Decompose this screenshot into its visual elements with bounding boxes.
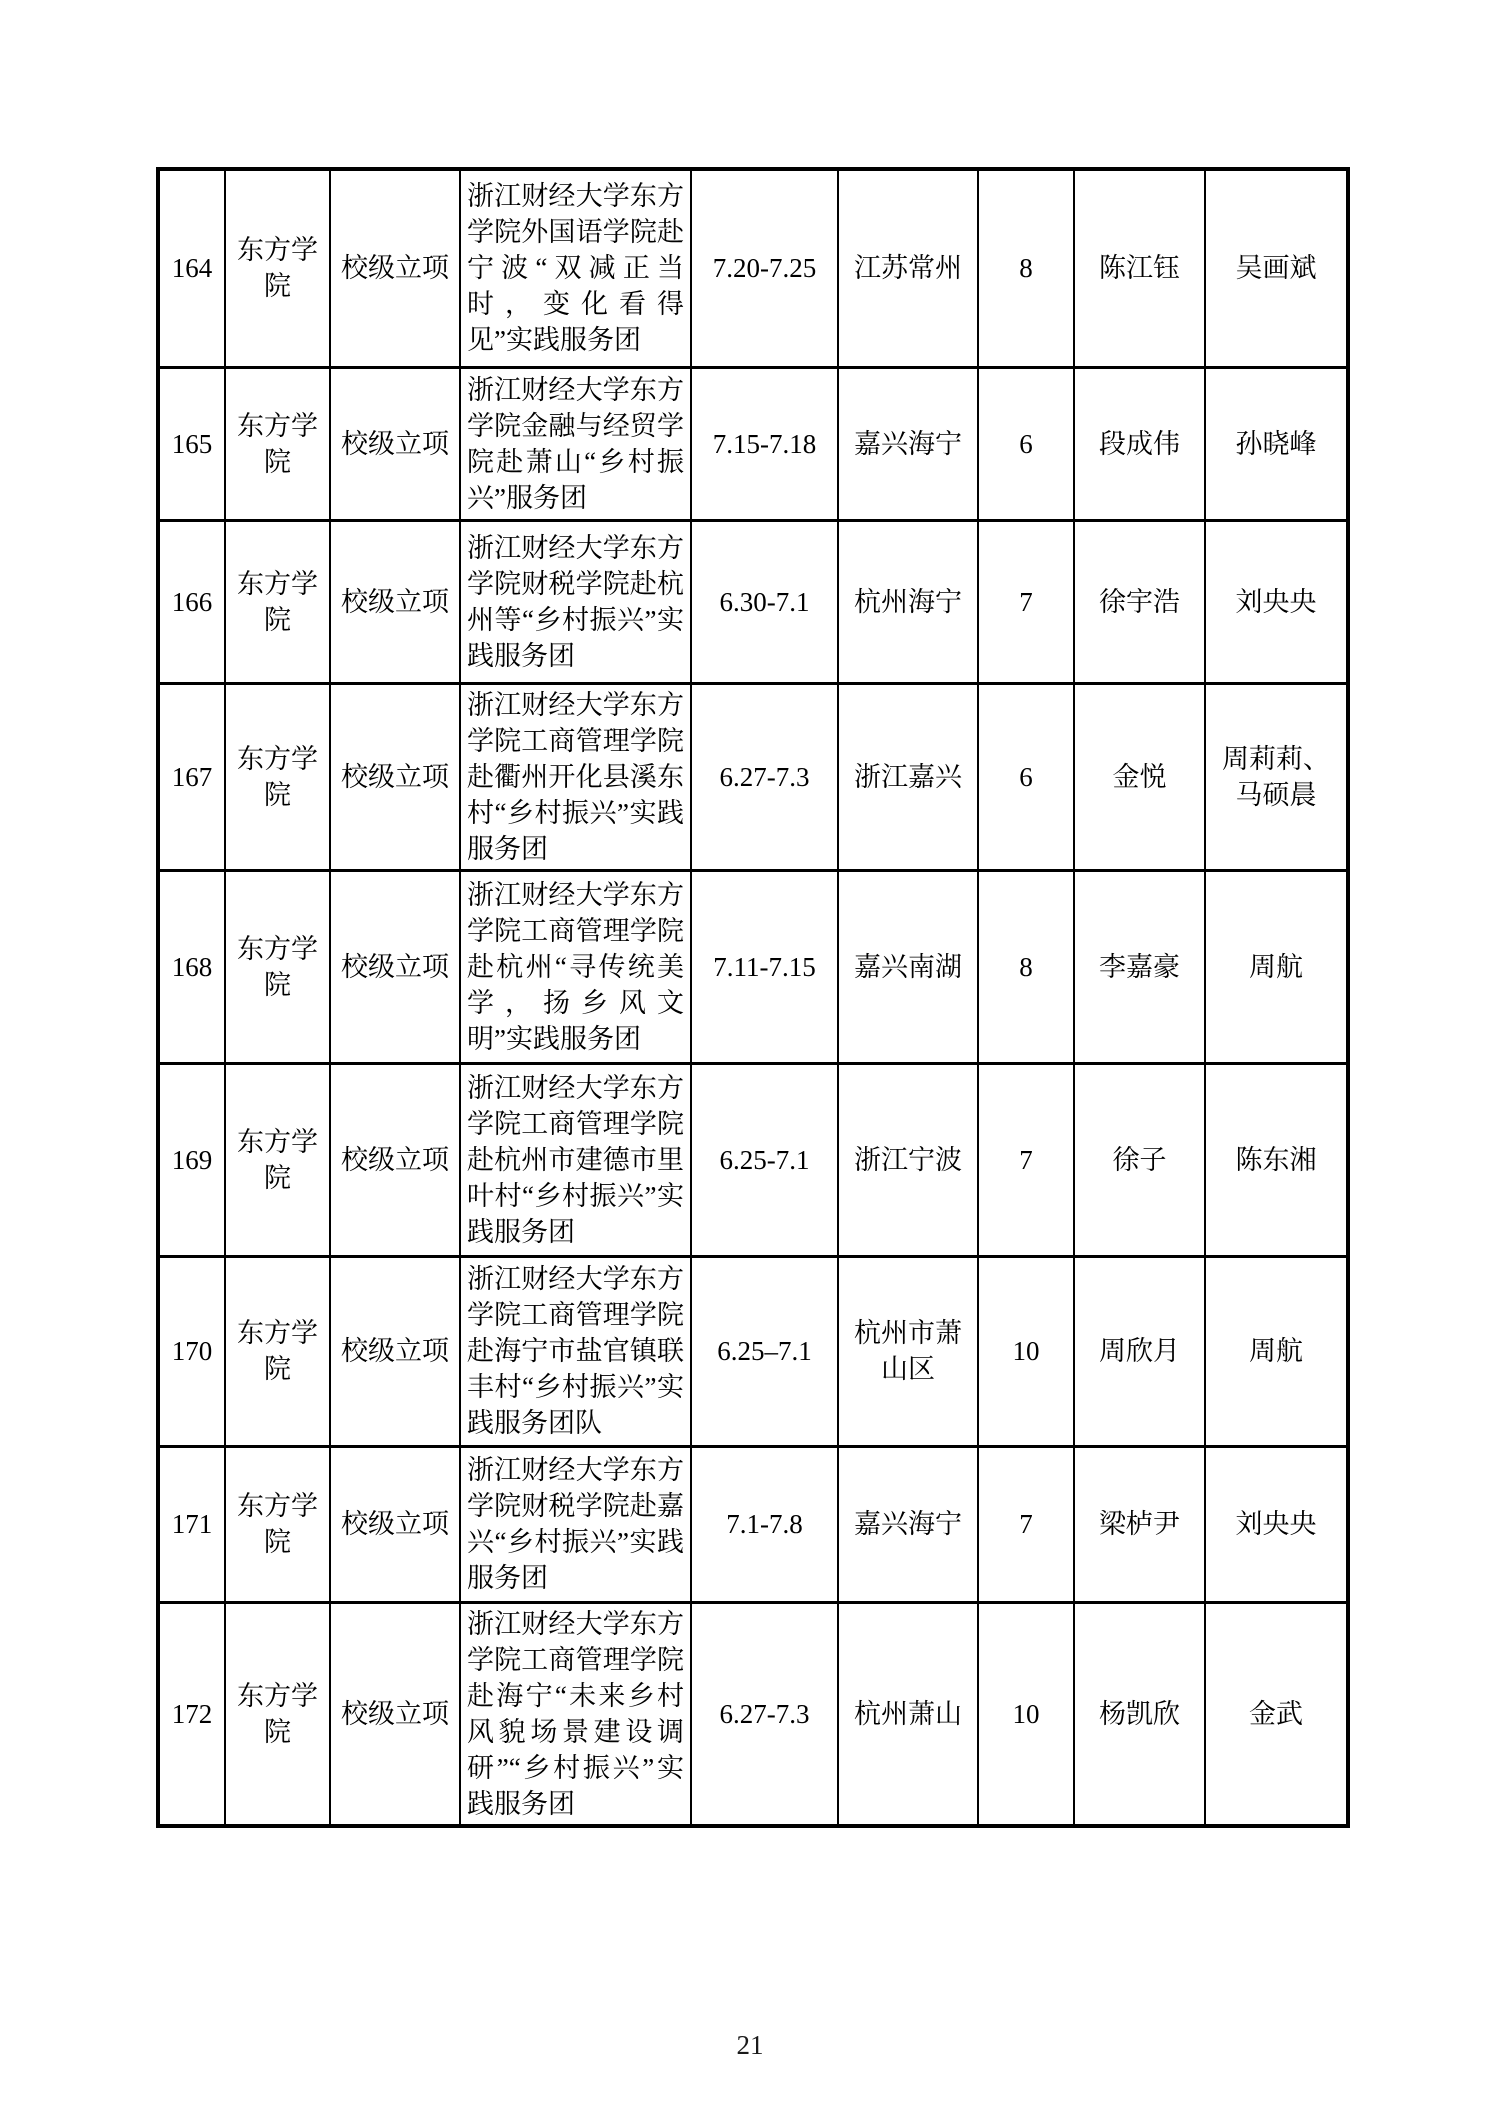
cell-team-name: 浙江财经大学东方学院财税学院赴杭州等“乡村振兴”实践服务团 xyxy=(460,520,691,683)
table-row: 171 东方学院 校级立项 浙江财经大学东方学院财税学院赴嘉兴“乡村振兴”实践服… xyxy=(158,1446,1348,1602)
cell-date-range: 7.11-7.15 xyxy=(691,870,838,1063)
cell-college: 东方学院 xyxy=(225,367,330,520)
cell-team-name: 浙江财经大学东方学院外国语学院赴宁波“双减正当时，变化看得见”实践服务团 xyxy=(460,169,691,367)
cell-advisor: 周航 xyxy=(1205,1256,1348,1446)
cell-location: 嘉兴南湖 xyxy=(838,870,978,1063)
cell-college: 东方学院 xyxy=(225,1602,330,1826)
cell-project-level: 校级立项 xyxy=(330,169,460,367)
table-row: 165 东方学院 校级立项 浙江财经大学东方学院金融与经贸学院赴萧山“乡村振兴”… xyxy=(158,367,1348,520)
table-row: 164 东方学院 校级立项 浙江财经大学东方学院外国语学院赴宁波“双减正当时，变… xyxy=(158,169,1348,367)
table-row: 168 东方学院 校级立项 浙江财经大学东方学院工商管理学院赴杭州“寻传统美学，… xyxy=(158,870,1348,1063)
cell-date-range: 6.27-7.3 xyxy=(691,1602,838,1826)
cell-advisor: 刘央央 xyxy=(1205,1446,1348,1602)
cell-project-level: 校级立项 xyxy=(330,1602,460,1826)
cell-advisor: 陈东湘 xyxy=(1205,1063,1348,1256)
cell-team-name: 浙江财经大学东方学院工商管理学院赴衢州开化县溪东村“乡村振兴”实践服务团 xyxy=(460,683,691,870)
cell-index: 171 xyxy=(158,1446,225,1602)
cell-team-name: 浙江财经大学东方学院财税学院赴嘉兴“乡村振兴”实践服务团 xyxy=(460,1446,691,1602)
cell-date-range: 7.15-7.18 xyxy=(691,367,838,520)
cell-team-leader: 徐宇浩 xyxy=(1074,520,1205,683)
cell-member-count: 8 xyxy=(978,870,1074,1063)
cell-team-leader: 徐子 xyxy=(1074,1063,1205,1256)
cell-member-count: 7 xyxy=(978,1446,1074,1602)
cell-team-leader: 金悦 xyxy=(1074,683,1205,870)
cell-advisor: 吴画斌 xyxy=(1205,169,1348,367)
cell-location: 江苏常州 xyxy=(838,169,978,367)
cell-advisor: 周莉莉、马硕晨 xyxy=(1205,683,1348,870)
table-row: 167 东方学院 校级立项 浙江财经大学东方学院工商管理学院赴衢州开化县溪东村“… xyxy=(158,683,1348,870)
cell-location: 杭州海宁 xyxy=(838,520,978,683)
cell-project-level: 校级立项 xyxy=(330,1063,460,1256)
cell-team-leader: 杨凯欣 xyxy=(1074,1602,1205,1826)
cell-team-leader: 周欣月 xyxy=(1074,1256,1205,1446)
cell-location: 浙江嘉兴 xyxy=(838,683,978,870)
cell-team-leader: 陈江钰 xyxy=(1074,169,1205,367)
cell-college: 东方学院 xyxy=(225,683,330,870)
cell-college: 东方学院 xyxy=(225,520,330,683)
cell-index: 172 xyxy=(158,1602,225,1826)
cell-date-range: 7.1-7.8 xyxy=(691,1446,838,1602)
cell-index: 166 xyxy=(158,520,225,683)
cell-member-count: 10 xyxy=(978,1256,1074,1446)
cell-team-name: 浙江财经大学东方学院工商管理学院赴杭州市建德市里叶村“乡村振兴”实践服务团 xyxy=(460,1063,691,1256)
cell-advisor: 刘央央 xyxy=(1205,520,1348,683)
table-row: 172 东方学院 校级立项 浙江财经大学东方学院工商管理学院赴海宁“未来乡村风貌… xyxy=(158,1602,1348,1826)
cell-team-leader: 段成伟 xyxy=(1074,367,1205,520)
cell-member-count: 6 xyxy=(978,367,1074,520)
cell-college: 东方学院 xyxy=(225,1446,330,1602)
cell-location: 浙江宁波 xyxy=(838,1063,978,1256)
table-row: 170 东方学院 校级立项 浙江财经大学东方学院工商管理学院赴海宁市盐官镇联丰村… xyxy=(158,1256,1348,1446)
cell-advisor: 周航 xyxy=(1205,870,1348,1063)
cell-member-count: 10 xyxy=(978,1602,1074,1826)
cell-index: 168 xyxy=(158,870,225,1063)
cell-index: 167 xyxy=(158,683,225,870)
cell-date-range: 6.30-7.1 xyxy=(691,520,838,683)
cell-location: 嘉兴海宁 xyxy=(838,367,978,520)
cell-project-level: 校级立项 xyxy=(330,683,460,870)
cell-member-count: 8 xyxy=(978,169,1074,367)
cell-project-level: 校级立项 xyxy=(330,1446,460,1602)
cell-advisor: 金武 xyxy=(1205,1602,1348,1826)
cell-date-range: 6.25–7.1 xyxy=(691,1256,838,1446)
cell-team-leader: 李嘉豪 xyxy=(1074,870,1205,1063)
projects-table: 164 东方学院 校级立项 浙江财经大学东方学院外国语学院赴宁波“双减正当时，变… xyxy=(156,167,1350,1828)
cell-advisor: 孙晓峰 xyxy=(1205,367,1348,520)
cell-project-level: 校级立项 xyxy=(330,520,460,683)
cell-member-count: 7 xyxy=(978,1063,1074,1256)
cell-location: 杭州市萧山区 xyxy=(838,1256,978,1446)
cell-college: 东方学院 xyxy=(225,870,330,1063)
cell-date-range: 6.27-7.3 xyxy=(691,683,838,870)
cell-index: 164 xyxy=(158,169,225,367)
cell-index: 169 xyxy=(158,1063,225,1256)
table-row: 166 东方学院 校级立项 浙江财经大学东方学院财税学院赴杭州等“乡村振兴”实践… xyxy=(158,520,1348,683)
cell-date-range: 7.20-7.25 xyxy=(691,169,838,367)
cell-index: 170 xyxy=(158,1256,225,1446)
cell-college: 东方学院 xyxy=(225,1063,330,1256)
cell-team-name: 浙江财经大学东方学院工商管理学院赴杭州“寻传统美学，扬乡风文明”实践服务团 xyxy=(460,870,691,1063)
cell-date-range: 6.25-7.1 xyxy=(691,1063,838,1256)
table-row: 169 东方学院 校级立项 浙江财经大学东方学院工商管理学院赴杭州市建德市里叶村… xyxy=(158,1063,1348,1256)
cell-member-count: 6 xyxy=(978,683,1074,870)
cell-team-name: 浙江财经大学东方学院金融与经贸学院赴萧山“乡村振兴”服务团 xyxy=(460,367,691,520)
cell-location: 杭州萧山 xyxy=(838,1602,978,1826)
cell-project-level: 校级立项 xyxy=(330,1256,460,1446)
cell-member-count: 7 xyxy=(978,520,1074,683)
cell-team-name: 浙江财经大学东方学院工商管理学院赴海宁市盐官镇联丰村“乡村振兴”实践服务团队 xyxy=(460,1256,691,1446)
cell-project-level: 校级立项 xyxy=(330,367,460,520)
cell-location: 嘉兴海宁 xyxy=(838,1446,978,1602)
cell-team-leader: 梁栌尹 xyxy=(1074,1446,1205,1602)
cell-college: 东方学院 xyxy=(225,169,330,367)
cell-team-name: 浙江财经大学东方学院工商管理学院赴海宁“未来乡村风貌场景建设调研”“乡村振兴”实… xyxy=(460,1602,691,1826)
cell-project-level: 校级立项 xyxy=(330,870,460,1063)
page-number: 21 xyxy=(0,2030,1500,2061)
cell-index: 165 xyxy=(158,367,225,520)
cell-college: 东方学院 xyxy=(225,1256,330,1446)
